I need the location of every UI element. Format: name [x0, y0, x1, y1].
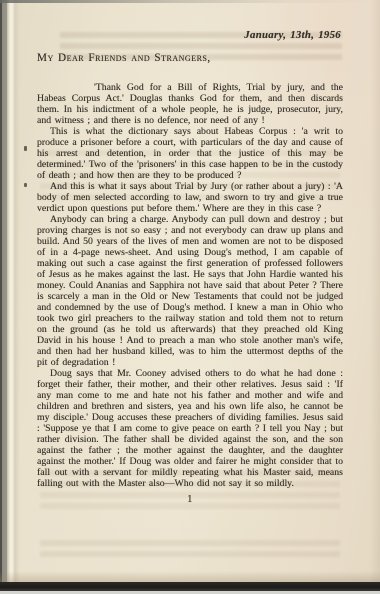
- body-paragraph: This is what the dictionary says about H…: [37, 126, 343, 181]
- page-number: 1: [37, 494, 343, 505]
- date-line: January, 13th, 1956: [37, 30, 343, 41]
- salutation: My Dear Friends and Strangers,: [37, 53, 343, 64]
- body-paragraph: Doug says that Mr. Cooney advised others…: [37, 368, 343, 489]
- page-top-edge: [0, 0, 380, 3]
- letter-content: January, 13th, 1956 My Dear Friends and …: [37, 30, 343, 505]
- paper-bottom-shadow: [0, 571, 380, 582]
- body-paragraph: Anybody can bring a charge. Anybody can …: [37, 214, 343, 368]
- body-paragraph: 'Thank God for a Bill of Rights, Trial b…: [37, 82, 343, 126]
- body-paragraph: And this is what it says about Trial by …: [37, 181, 343, 214]
- binding-edge: [0, 0, 20, 582]
- scanned-letter-page: January, 13th, 1956 My Dear Friends and …: [0, 0, 380, 594]
- letter-body: 'Thank God for a Bill of Rights, Trial b…: [37, 82, 343, 489]
- page-right-edge-shade: [370, 0, 380, 582]
- stitch-mark: [24, 183, 27, 187]
- scanner-shadow-band: [0, 582, 380, 591]
- stitch-mark: [24, 146, 27, 151]
